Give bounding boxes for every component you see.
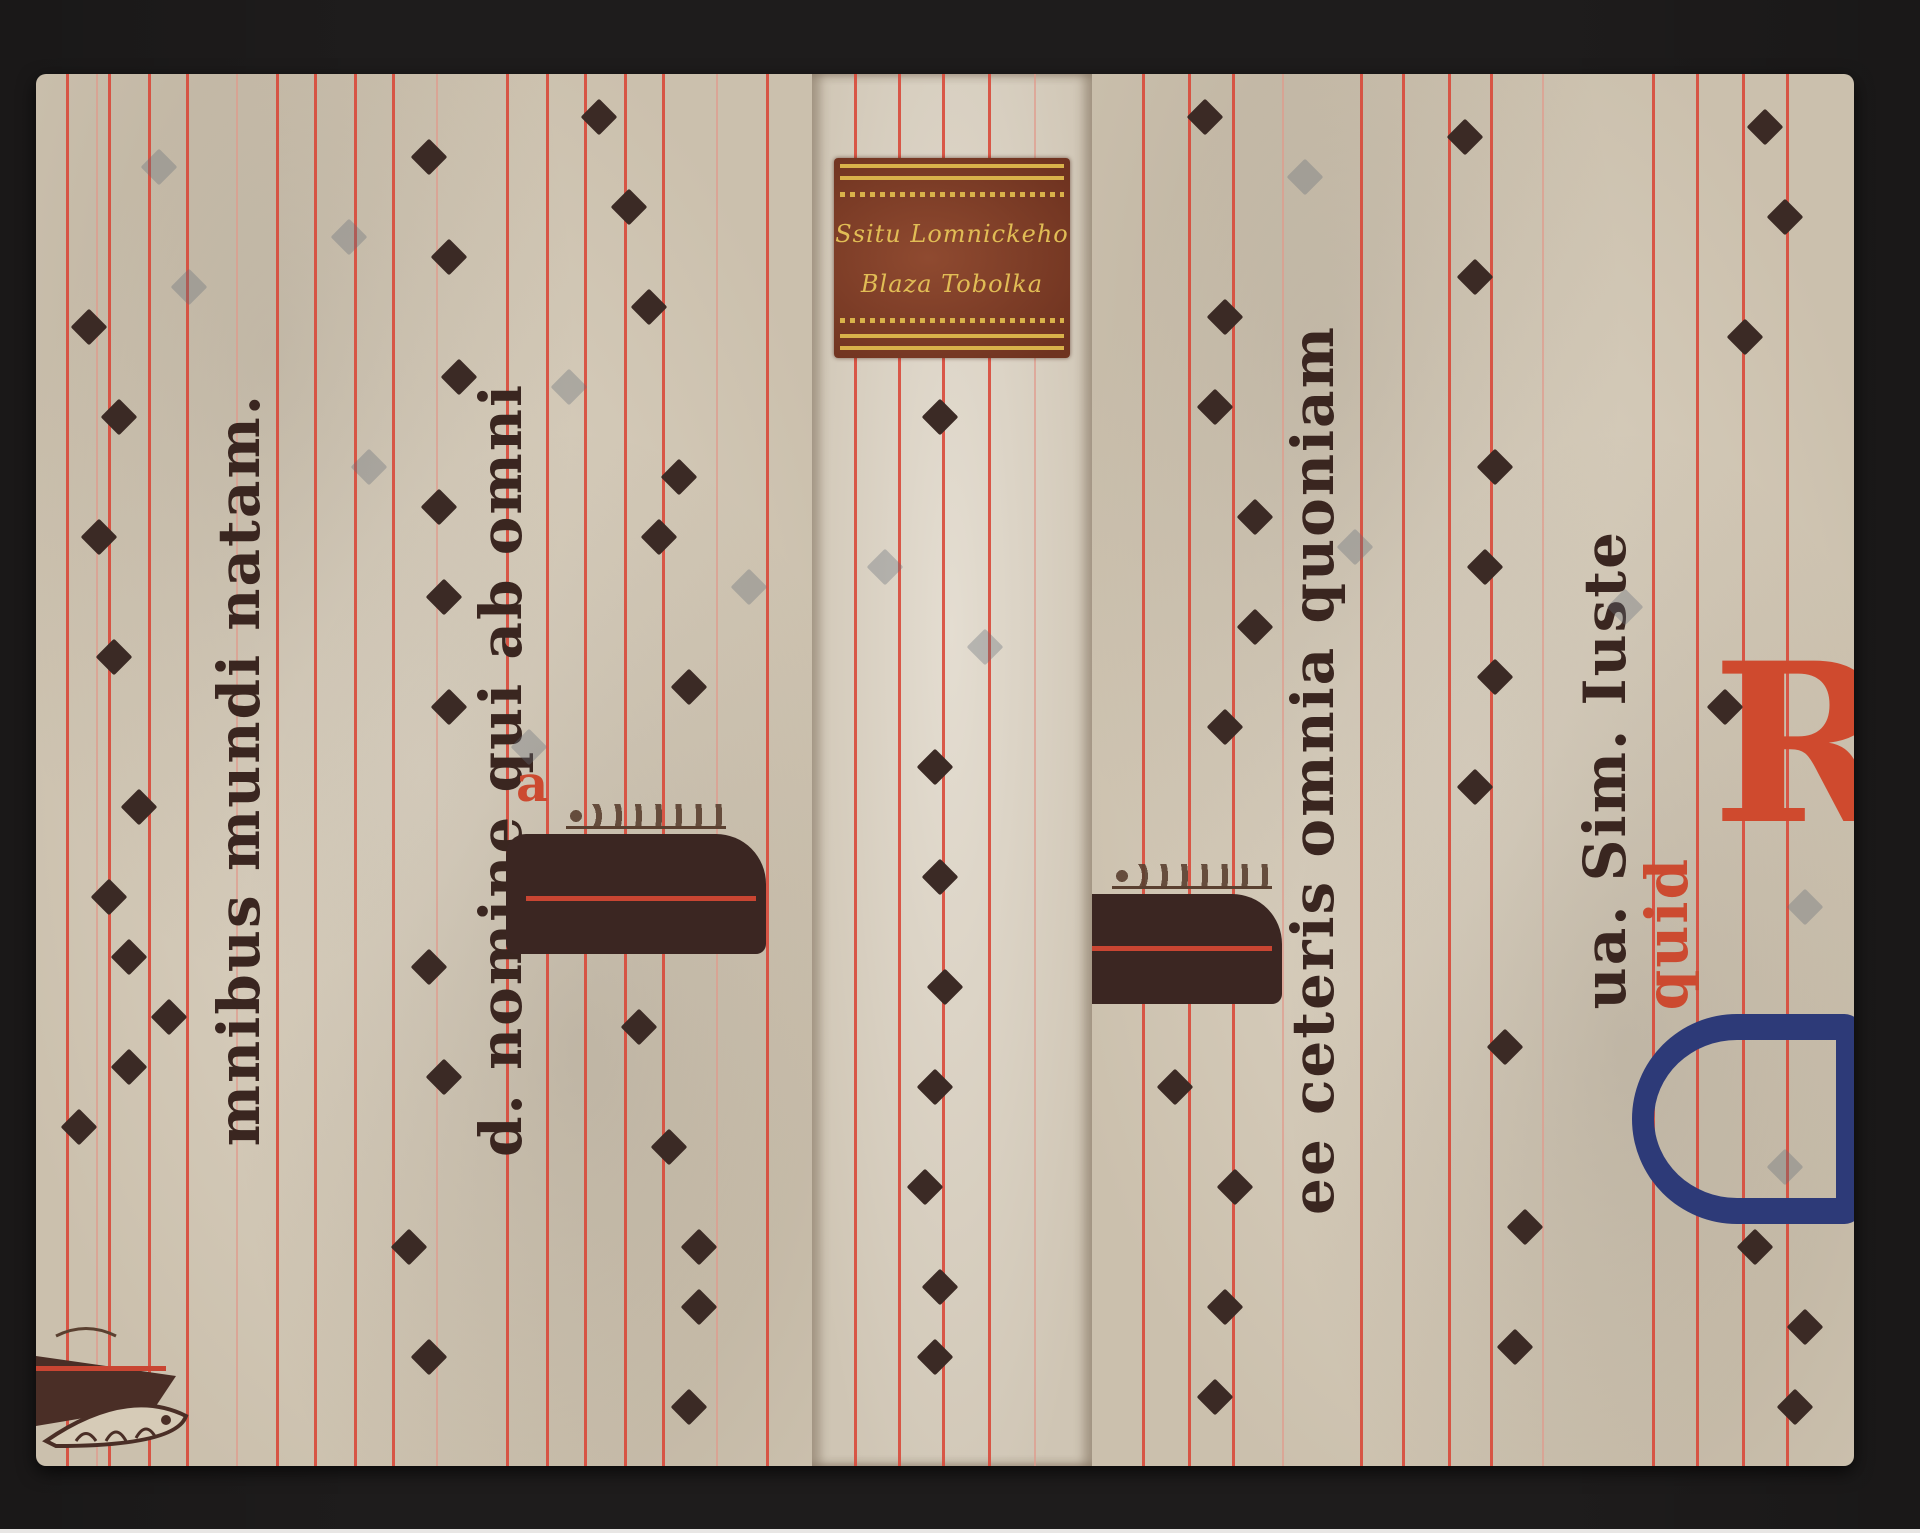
gilt-rule: [840, 176, 1064, 180]
spine: Ssitu Lomnickeho Blaza Tobolka: [812, 74, 1092, 1466]
neume: [151, 999, 188, 1036]
neume: [1777, 1389, 1814, 1426]
staff-line: [1402, 74, 1405, 1466]
staff-line: [1448, 74, 1451, 1466]
scan-edge-strip: [0, 1529, 1920, 1533]
staff-line: [148, 74, 151, 1466]
neume-ghost: [551, 369, 588, 406]
staff-line: [354, 74, 357, 1466]
neume: [111, 939, 148, 976]
staff-line: [716, 74, 718, 1466]
neume: [917, 1069, 954, 1106]
neume: [1457, 259, 1494, 296]
neume: [1187, 99, 1224, 136]
neume: [1767, 199, 1804, 236]
neume: [411, 1339, 448, 1376]
spine-title-line-1: Ssitu Lomnickeho: [834, 220, 1070, 248]
spine-title-label: Ssitu Lomnickeho Blaza Tobolka: [834, 158, 1070, 358]
neume-ghost: [1787, 889, 1824, 926]
neume: [611, 189, 648, 226]
neume: [651, 1129, 688, 1166]
neume: [1507, 1209, 1544, 1246]
staff-line: [1360, 74, 1363, 1466]
gilt-rule: [840, 164, 1064, 168]
neume-ghost: [141, 149, 178, 186]
neume: [922, 1269, 959, 1306]
neume: [1727, 319, 1764, 356]
neume: [1197, 1379, 1234, 1416]
staff-line: [584, 74, 587, 1466]
neume: [1237, 499, 1274, 536]
neume: [1207, 1289, 1244, 1326]
neume: [81, 519, 118, 556]
neume: [1207, 709, 1244, 746]
gilt-dotted-rule: [840, 318, 1064, 323]
neume: [907, 1169, 944, 1206]
neume: [1447, 119, 1484, 156]
neume-ghost: [967, 629, 1004, 666]
neume: [681, 1289, 718, 1326]
decorated-initial-L: [1092, 894, 1282, 1004]
staff-line: [1542, 74, 1544, 1466]
right-board: ee ceteris omnia quoniam ua. Sim. Iuste: [1092, 74, 1854, 1466]
initial-red-bar: [526, 896, 756, 901]
neume: [917, 1339, 954, 1376]
neume-ghost: [331, 219, 368, 256]
neume: [96, 639, 133, 676]
neume: [922, 859, 959, 896]
neume: [421, 489, 458, 526]
neume: [1467, 549, 1504, 586]
initial-red-bar: [1092, 946, 1272, 951]
neume: [1237, 609, 1274, 646]
neume: [411, 139, 448, 176]
staff-line: [436, 74, 438, 1466]
staff-line: [1232, 74, 1235, 1466]
neume: [426, 1059, 463, 1096]
staff-line: [96, 74, 98, 1466]
staff-line: [1652, 74, 1655, 1466]
rubric-text: quid: [1632, 834, 1702, 1034]
neume: [101, 399, 138, 436]
neume: [1747, 109, 1784, 146]
staff-line: [392, 74, 395, 1466]
staff-line: [1188, 74, 1191, 1466]
staff-line: [314, 74, 317, 1466]
neume: [121, 789, 158, 826]
decorated-initial-L: [506, 834, 766, 954]
neume: [1497, 1329, 1534, 1366]
neume: [1207, 299, 1244, 336]
neume-ghost: [731, 569, 768, 606]
neume: [1217, 1169, 1254, 1206]
neume: [411, 949, 448, 986]
neume: [426, 579, 463, 616]
neume: [111, 1049, 148, 1086]
staff-line: [1142, 74, 1145, 1466]
gilt-dotted-rule: [840, 192, 1064, 197]
staff-line: [108, 74, 111, 1466]
rubric-mark: a: [516, 754, 548, 813]
initial-ornament: [566, 804, 726, 829]
neume: [391, 1229, 428, 1266]
neume: [671, 669, 708, 706]
neume-ghost: [171, 269, 208, 306]
neume: [1477, 449, 1514, 486]
neume: [681, 1229, 718, 1266]
staff-line: [1696, 74, 1699, 1466]
staff-line: [276, 74, 279, 1466]
fish-drawing-icon: [36, 1316, 206, 1456]
staff-line: [662, 74, 665, 1466]
neume: [917, 749, 954, 786]
chant-text-column: ee ceteris omnia quoniam: [1278, 94, 1348, 1446]
neume: [1787, 1309, 1824, 1346]
gilt-rule: [840, 334, 1064, 338]
neume: [71, 309, 108, 346]
neume: [922, 399, 959, 436]
neume: [1477, 659, 1514, 696]
neume: [671, 1389, 708, 1426]
spine-title-line-2: Blaza Tobolka: [834, 270, 1070, 298]
book-binding: mnibus mundi natam. d. nomine qui ab omn…: [36, 74, 1854, 1466]
neume: [1457, 769, 1494, 806]
gilt-rule: [840, 346, 1064, 350]
red-initial-R: R: [1712, 634, 1854, 854]
staff-line: [1490, 74, 1493, 1466]
neume: [661, 459, 698, 496]
staff-line: [66, 74, 69, 1466]
blue-initial-D: [1632, 1014, 1854, 1224]
chant-text-column: ua. Sim. Iuste: [1570, 94, 1640, 1446]
initial-ornament: [1112, 864, 1272, 889]
neume: [927, 969, 964, 1006]
left-board: mnibus mundi natam. d. nomine qui ab omn…: [36, 74, 812, 1466]
staff-line: [624, 74, 627, 1466]
neume: [1197, 389, 1234, 426]
chant-text-column: mnibus mundi natam.: [204, 94, 274, 1446]
neume: [641, 519, 678, 556]
staff-line: [766, 74, 769, 1466]
